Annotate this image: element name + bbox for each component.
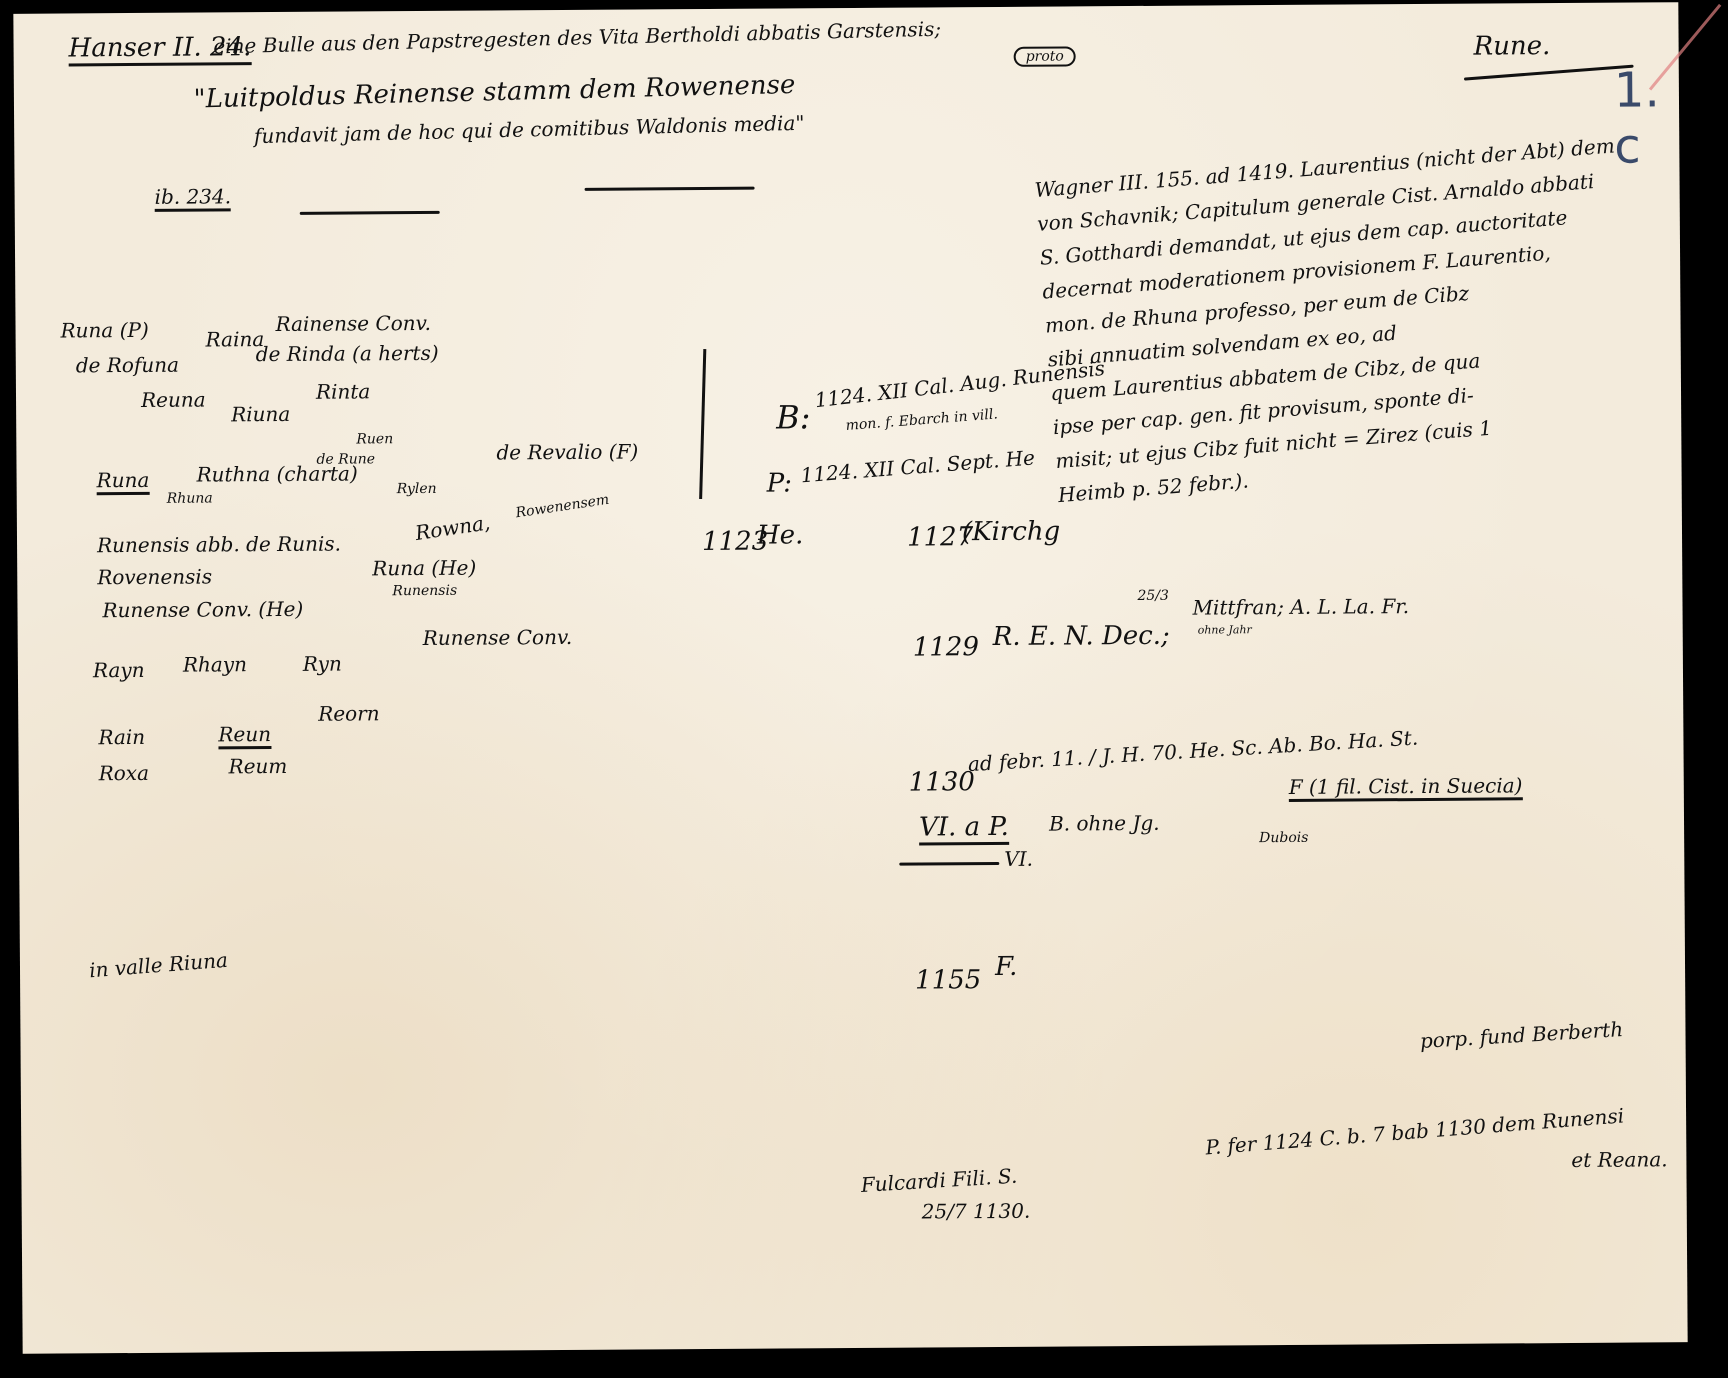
bottom-note-date: 25/7 1130. <box>922 1199 1031 1224</box>
variant: Ryn <box>303 652 342 676</box>
variant: de Revalio (F) <box>496 439 638 464</box>
bottom-left-note: in valle Riuna <box>88 948 228 983</box>
bottom-note-right1: porp. fund Berberth <box>1419 1017 1624 1053</box>
variant: de Rune <box>316 451 375 467</box>
divider-line <box>300 211 440 215</box>
variant: Rhuna <box>167 490 213 506</box>
variant: de Rinda (a herts) <box>256 341 439 366</box>
variant: Runa (He) <box>372 556 476 581</box>
bottom-note-right2: P. fer 1124 C. b. 7 bab 1130 dem Runensi <box>1205 1103 1625 1159</box>
column-divider <box>699 349 706 499</box>
header-ref2: ib. 234. <box>155 184 232 212</box>
variant: Rowna, <box>414 510 492 545</box>
variant: Roxa <box>99 761 149 785</box>
variant: Reum <box>229 754 288 778</box>
header-line3: fundavit jam de hoc qui de comitibus Wal… <box>254 111 805 148</box>
variant: Runensis <box>392 583 457 599</box>
red-pencil-mark <box>1649 4 1721 91</box>
variant: Runa <box>97 468 150 495</box>
variant: Rinta <box>316 379 370 403</box>
variant: Rylen <box>397 481 437 497</box>
wagner-note: Wagner III. 155. ad 1419. Laurentius (ni… <box>1034 132 1658 507</box>
sheet-title: Rune. <box>1474 31 1551 62</box>
title-underline <box>1464 65 1634 81</box>
proto-annotation: proto <box>1014 46 1076 66</box>
header-line1: eine Bulle aus den Papstregesten des Vit… <box>213 17 941 59</box>
variant: de Rofuna <box>76 353 179 378</box>
variant: Rhayn <box>183 652 247 676</box>
manuscript-page: Hanser II. 24. eine Bulle aus den Papstr… <box>13 2 1687 1354</box>
header-line2: "Luitpoldus Reinense stamm dem Rowenense <box>193 70 795 115</box>
variant: Rain <box>98 725 145 749</box>
variant: Rowenensem <box>515 492 611 522</box>
variant: Rainense Conv. <box>275 311 431 336</box>
variant: Reun <box>218 722 271 749</box>
name-variants: Runa (P) Raina Rainense Conv. de Rofuna … <box>13 2 1678 14</box>
variant: Runa (P) <box>60 318 148 343</box>
variant: Runense Conv. (He) <box>102 597 303 622</box>
variant: Runense Conv. <box>423 625 573 650</box>
chronology: B: 1124. XII Cal. Aug. Runensis mon. f. … <box>13 2 1678 14</box>
variant: Reorn <box>318 701 380 725</box>
bottom-note-center: Fulcardi Fili. S. <box>860 1164 1018 1197</box>
bottom-note-right3: et Reana. <box>1571 1147 1667 1172</box>
variant: Rovenensis <box>97 564 212 589</box>
divider-line <box>585 187 755 191</box>
variant: Reuna <box>141 387 206 411</box>
variant: Riuna <box>231 402 290 426</box>
variant: Rayn <box>93 658 145 682</box>
variant: Runensis abb. de Runis. <box>97 532 341 558</box>
variant: Ruen <box>356 431 393 447</box>
